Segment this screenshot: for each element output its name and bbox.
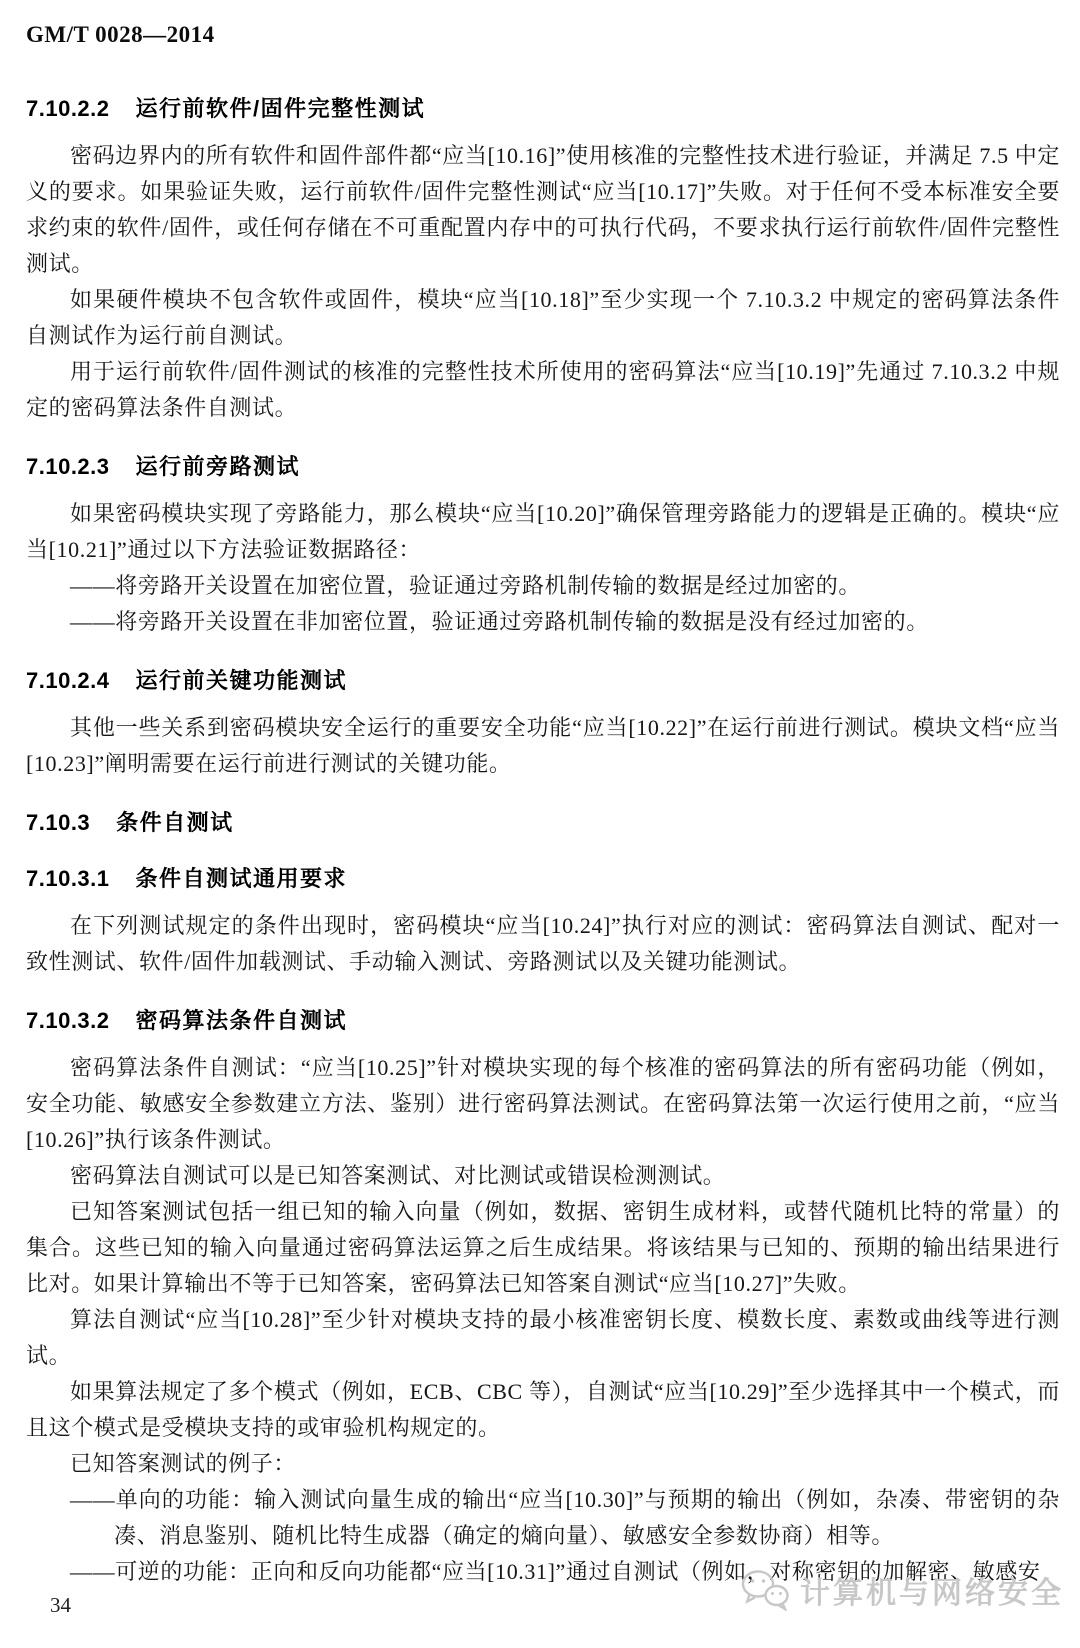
list-item: ——单向的功能：输入测试向量生成的输出“应当[10.30]”与预期的输出（例如，…	[26, 1482, 1060, 1554]
paragraph: 其他一些关系到密码模块安全运行的重要安全功能“应当[10.22]”在运行前进行测…	[26, 710, 1060, 782]
section-number: 7.10.3	[26, 810, 90, 835]
section-number: 7.10.2.3	[26, 454, 110, 479]
paragraph: 密码算法自测试可以是已知答案测试、对比测试或错误检测测试。	[26, 1158, 1060, 1194]
section-number: 7.10.3.2	[26, 1008, 110, 1033]
paragraph: 如果密码模块实现了旁路能力，那么模块“应当[10.20]”确保管理旁路能力的逻辑…	[26, 496, 1060, 568]
paragraph: 密码边界内的所有软件和固件部件都“应当[10.16]”使用核准的完整性技术进行验…	[26, 138, 1060, 282]
standard-number-header: GM/T 0028—2014	[26, 22, 1060, 48]
heading-7-10-2-3: 7.10.2.3运行前旁路测试	[26, 452, 1060, 482]
list-item: ——将旁路开关设置在非加密位置，验证通过旁路机制传输的数据是没有经过加密的。	[26, 604, 1060, 640]
watermark-text: 计算机与网络安全	[800, 1568, 1064, 1612]
heading-7-10-2-4: 7.10.2.4运行前关键功能测试	[26, 666, 1060, 696]
heading-7-10-3-1: 7.10.3.1条件自测试通用要求	[26, 864, 1060, 894]
watermark: 计算机与网络安全	[740, 1568, 1064, 1612]
paragraph: 已知答案测试的例子：	[26, 1446, 1060, 1482]
section-title: 运行前软件/固件完整性测试	[136, 96, 426, 121]
section-title: 运行前旁路测试	[136, 454, 301, 479]
list-item: ——将旁路开关设置在加密位置，验证通过旁路机制传输的数据是经过加密的。	[26, 568, 1060, 604]
heading-7-10-3-2: 7.10.3.2密码算法条件自测试	[26, 1006, 1060, 1036]
section-title: 运行前关键功能测试	[136, 668, 348, 693]
document-page: GM/T 0028—2014 7.10.2.2运行前软件/固件完整性测试 密码边…	[0, 0, 1080, 1648]
heading-7-10-3: 7.10.3条件自测试	[26, 808, 1060, 838]
document-body: 7.10.2.2运行前软件/固件完整性测试 密码边界内的所有软件和固件部件都“应…	[26, 94, 1060, 1590]
paragraph: 在下列测试规定的条件出现时，密码模块“应当[10.24]”执行对应的测试：密码算…	[26, 908, 1060, 980]
section-title: 条件自测试	[116, 810, 234, 835]
section-number: 7.10.2.4	[26, 668, 110, 693]
page-number: 34	[50, 1593, 71, 1618]
heading-7-10-2-2: 7.10.2.2运行前软件/固件完整性测试	[26, 94, 1060, 124]
paragraph: 如果算法规定了多个模式（例如，ECB、CBC 等），自测试“应当[10.29]”…	[26, 1374, 1060, 1446]
wechat-icon	[740, 1569, 790, 1611]
paragraph: 已知答案测试包括一组已知的输入向量（例如，数据、密钥生成材料，或替代随机比特的常…	[26, 1194, 1060, 1302]
dash-list: ——将旁路开关设置在加密位置，验证通过旁路机制传输的数据是经过加密的。 ——将旁…	[26, 568, 1060, 640]
section-number: 7.10.3.1	[26, 866, 110, 891]
paragraph: 用于运行前软件/固件测试的核准的完整性技术所使用的密码算法“应当[10.19]”…	[26, 354, 1060, 426]
paragraph: 如果硬件模块不包含软件或固件，模块“应当[10.18]”至少实现一个 7.10.…	[26, 282, 1060, 354]
section-title: 密码算法条件自测试	[136, 1008, 348, 1033]
section-title: 条件自测试通用要求	[136, 866, 348, 891]
paragraph: 算法自测试“应当[10.28]”至少针对模块支持的最小核准密钥长度、模数长度、素…	[26, 1302, 1060, 1374]
paragraph: 密码算法条件自测试：“应当[10.25]”针对模块实现的每个核准的密码算法的所有…	[26, 1050, 1060, 1158]
section-number: 7.10.2.2	[26, 96, 110, 121]
